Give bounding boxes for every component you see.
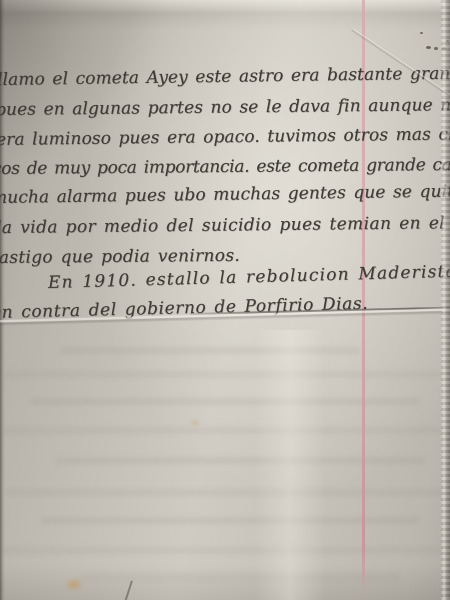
- bleedthrough-line: [55, 457, 425, 464]
- paper-wrinkle-highlight: [255, 330, 325, 600]
- manuscript-photo: llamo el cometa Ayey este astro era bast…: [0, 0, 450, 600]
- paper-stain: [189, 418, 201, 427]
- handwriting-line-4: cos de muy poca importancia. este cometa…: [0, 153, 450, 181]
- ink-smudge-dot: [420, 32, 423, 34]
- bleedthrough-line: [0, 547, 445, 554]
- handwriting-line-3: era luminoso pues era opaco. tuvimos otr…: [0, 122, 450, 152]
- bottom-crease-mark: [123, 580, 133, 600]
- paper-stain: [64, 577, 84, 592]
- bleedthrough-line: [0, 427, 445, 434]
- handwriting-line-2: pues en algunas partes no se le dava fin…: [0, 93, 450, 122]
- handwriting-line-5: mucha alarma pues ubo muchas gentes que …: [0, 179, 450, 210]
- ink-smudge-dot: [426, 46, 431, 49]
- bleedthrough-line: [4, 371, 444, 378]
- bleedthrough-line: [5, 489, 445, 496]
- handwriting-line-1: llamo el cometa Ayey este astro era bast…: [0, 61, 450, 92]
- handwriting-line-6: la vida por medio del suicidio pues temi…: [0, 211, 445, 240]
- page-stack-right-edge: [441, 0, 450, 600]
- ink-smudge-dot: [434, 47, 438, 50]
- bleedthrough-line: [80, 574, 400, 581]
